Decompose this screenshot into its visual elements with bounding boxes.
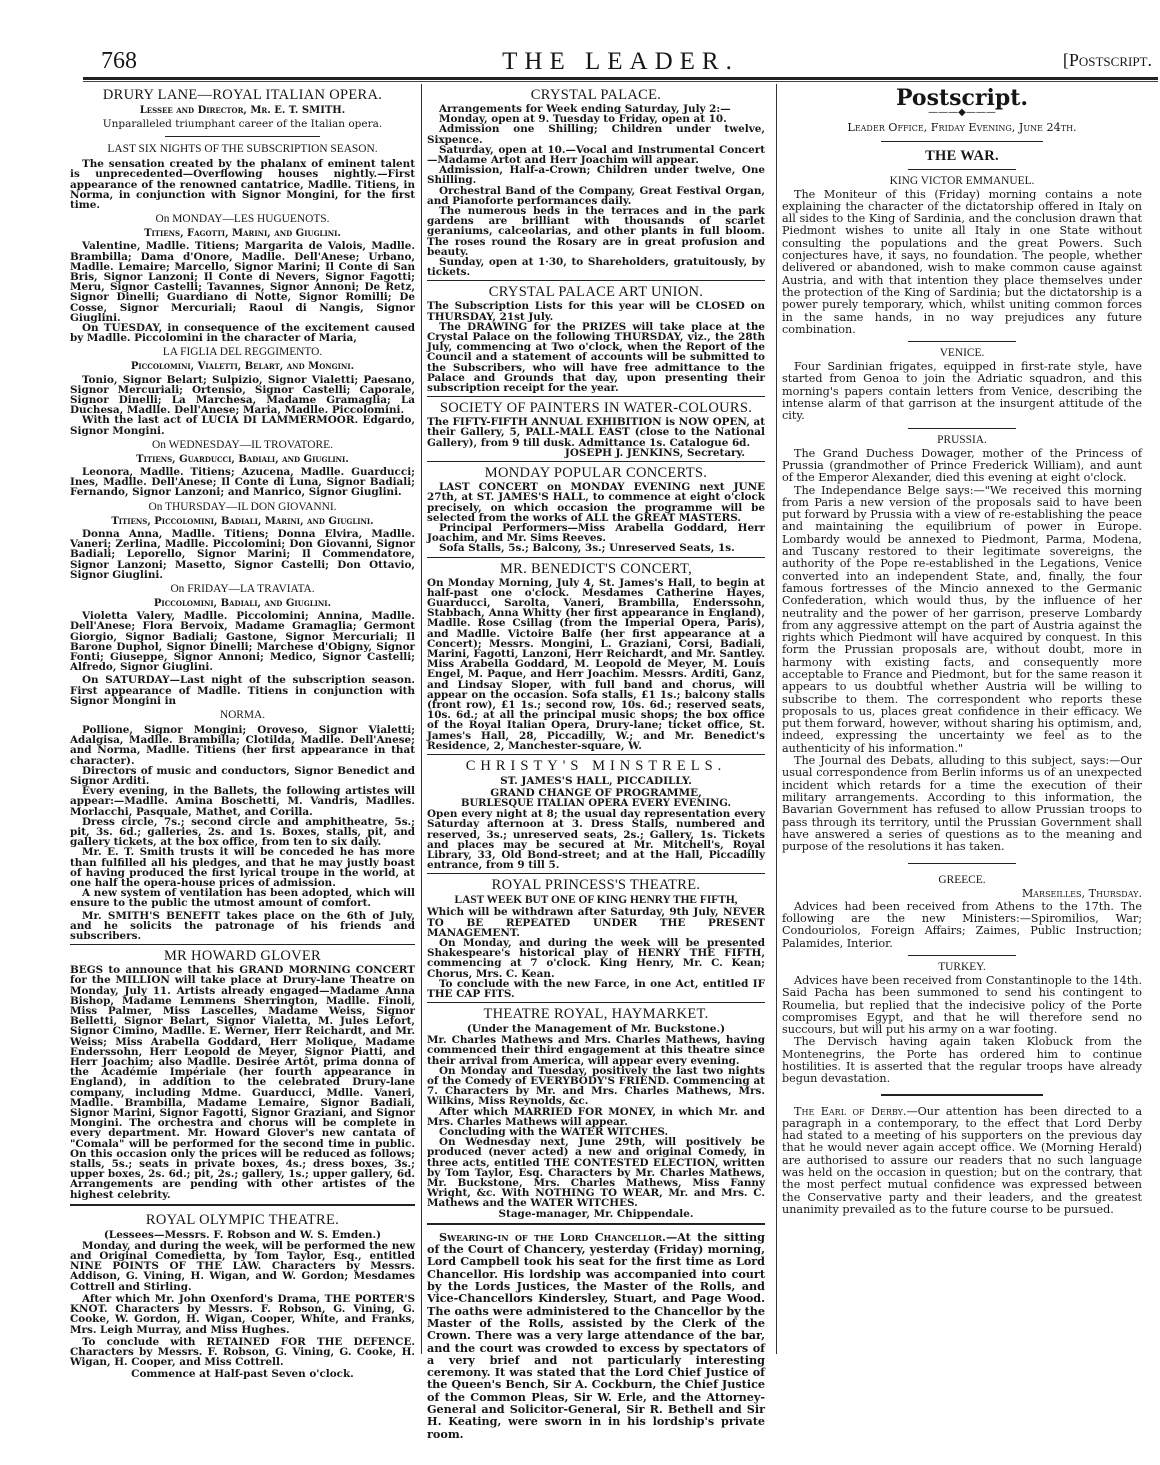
- divider: [427, 1002, 765, 1003]
- saturday-notice: On SATURDAY—Last night of the subscripti…: [70, 675, 415, 706]
- section-title: TURKEY.: [782, 961, 1142, 974]
- section-paragraph: The Grand Duchess Dowager, mother of the…: [782, 448, 1142, 485]
- section-label: [Postscript.: [1063, 50, 1152, 71]
- ad-body: On Monday Morning, July 4, St. James's H…: [427, 578, 765, 751]
- ad-title: MR. BENEDICT'S CONCERT,: [427, 561, 765, 577]
- ad-painters: SOCIETY OF PAINTERS IN WATER-COLOURS. Th…: [427, 400, 765, 458]
- ad-paragraph: Principal Performers—Miss Arabella Godda…: [427, 523, 765, 543]
- ad-paragraph: The numerous beds in the terraces and in…: [427, 206, 765, 257]
- article-swearing-in: Swearing-in of the Lord Chancellor.—At t…: [427, 1231, 765, 1440]
- night-title: On THURSDAY—IL DON GIOVANNI.: [70, 501, 415, 514]
- ad-title: THEATRE ROYAL, HAYMARKET.: [427, 1006, 765, 1022]
- night-title: On WEDNESDAY—IL TROVATORE.: [70, 439, 415, 452]
- night-title: On FRIDAY—LA TRAVIATA.: [70, 583, 415, 596]
- ad-paragraph: Every evening, in the Ballets, the follo…: [70, 786, 415, 817]
- ad-paragraph: Monday, and during the week, will be per…: [70, 1241, 415, 1292]
- ad-venue: ST. JAMES'S HALL, PICCADILLY.: [427, 775, 765, 787]
- divider: [427, 396, 765, 397]
- divider: [908, 428, 1016, 429]
- ad-paragraph: To conclude with the new Farce, in one A…: [427, 979, 765, 999]
- norma-cast: Pollione, Signor Mongini; Oroveso, Signo…: [70, 725, 415, 766]
- ad-body: The FIFTY-FIFTH ANNUAL EXHIBITION is NOW…: [427, 417, 765, 448]
- masthead: 768 THE LEADER. [Postscript.: [83, 48, 1158, 78]
- ad-christys: CHRISTY'S MINSTRELS. ST. JAMES'S HALL, P…: [427, 758, 765, 870]
- cast-list: Donna Anna, Madlle. Titiens; Donna Elvir…: [70, 529, 415, 580]
- ad-title: CRYSTAL PALACE.: [427, 87, 765, 103]
- ad-paragraph: The Subscription Lists for this year wil…: [427, 301, 765, 321]
- ad-body: BEGS to announce that his GRAND MORNING …: [70, 965, 415, 1200]
- ad-paragraph: Dress circle, 7s.; second circle and amp…: [70, 817, 415, 848]
- ad-paragraph: Mr. E. T. Smith trusts it will be conced…: [70, 847, 415, 888]
- section-paragraph: The Dervisch having again taken Klobuck …: [782, 1036, 1142, 1085]
- newspaper-title: THE LEADER.: [83, 48, 1158, 76]
- divider: [908, 863, 1016, 864]
- ad-paragraph: The DRAWING for the PRIZES will take pla…: [427, 322, 765, 393]
- section-paragraph: Advices had been received from Athens to…: [782, 901, 1142, 950]
- section-paragraph: The Journal des Debats, alluding to this…: [782, 755, 1142, 853]
- article-lead: The Earl of Derby.: [794, 1105, 906, 1118]
- ad-paragraph: After which Mr. John Oxenford's Drama, T…: [70, 1294, 415, 1335]
- divider: [908, 341, 1016, 342]
- night-title: On TUESDAY, in consequence of the excite…: [70, 323, 415, 343]
- cast-list: Leonora, Madlle. Titiens; Azucena, Madll…: [70, 467, 415, 498]
- ad-paragraph: After which MARRIED FOR MONEY, in which …: [427, 1107, 765, 1127]
- divider: [427, 461, 765, 462]
- ad-paragraph: On Monday and Tuesday, positively the la…: [427, 1066, 765, 1107]
- ad-intro: The sensation created by the phalanx of …: [70, 159, 415, 210]
- ad-paragraph: Which will be withdrawn after Saturday, …: [427, 907, 765, 938]
- night-title: On MONDAY—LES HUGUENOTS.: [70, 213, 415, 226]
- divider: [70, 1204, 415, 1206]
- divider: [427, 280, 765, 281]
- flourish-divider: ———◆———: [782, 108, 1142, 118]
- ad-title: SOCIETY OF PAINTERS IN WATER-COLOURS.: [427, 400, 765, 416]
- section-title: KING VICTOR EMMANUEL.: [782, 175, 1142, 188]
- ad-howard-glover: MR HOWARD GLOVER BEGS to announce that h…: [70, 948, 415, 1200]
- divider: [427, 1223, 765, 1225]
- ad-benedict: MR. BENEDICT'S CONCERT, On Monday Mornin…: [427, 561, 765, 751]
- column-divider-2: [776, 84, 777, 1354]
- column-divider-1: [421, 84, 422, 1354]
- cast-heading: Titiens, Guarducci, Badiali, and Giuglin…: [70, 455, 415, 465]
- cast-list: Tonio, Signor Belart; Sulpizio, Signor V…: [70, 375, 415, 416]
- cast-extra: With the last act of LUCIA DI LAMMERMOOR…: [70, 415, 415, 435]
- section-paragraph: The Moniteur of this (Friday) morning co…: [782, 189, 1142, 337]
- section-title: PRUSSIA.: [782, 434, 1142, 447]
- ad-paragraph: Mr. Charles Mathews and Mrs. Charles Mat…: [427, 1035, 765, 1066]
- divider: [165, 136, 320, 137]
- divider: [908, 955, 1016, 956]
- ad-paragraph: Sunday, open at 1·30, to Shareholders, g…: [427, 257, 765, 277]
- divider: [70, 944, 415, 945]
- ad-haymarket: THEATRE ROYAL, HAYMARKET. (Under the Man…: [427, 1006, 765, 1219]
- cast-heading: Piccolomini, Badiali, and Giuglini.: [70, 599, 415, 609]
- ad-paragraph: Admission, Half-a-Crown; Children under …: [427, 165, 765, 185]
- ad-title: MR HOWARD GLOVER: [70, 948, 415, 964]
- ad-paragraph: Mr. SMITH'S BENEFIT takes place on the 6…: [70, 911, 415, 942]
- ad-tagline: Unparalleled triumphant career of the It…: [70, 118, 415, 130]
- ad-heading: LAST SIX NIGHTS OF THE SUBSCRIPTION SEAS…: [70, 143, 415, 156]
- ad-drury-lane: DRURY LANE—ROYAL ITALIAN OPERA. Lessee a…: [70, 87, 415, 941]
- article-body: —At the sitting of the Court of Chancery…: [427, 1230, 765, 1441]
- divider: [881, 1094, 1043, 1096]
- dateline: Leader Office, Friday Evening, June 24th…: [782, 122, 1142, 134]
- section-title: GREECE.: [782, 874, 1142, 887]
- section-paragraph: The Independance Belge says:—"We receive…: [782, 485, 1142, 756]
- ad-royal-olympic: ROYAL OLYMPIC THEATRE. (Lessees—Messrs. …: [70, 1212, 415, 1380]
- column-left: DRURY LANE—ROYAL ITALIAN OPERA. Lessee a…: [70, 86, 415, 1380]
- section-paragraph: Advices have been received from Constant…: [782, 975, 1142, 1036]
- divider: [427, 754, 765, 755]
- ad-footer: Commence at Half-past Seven o'clock.: [70, 1369, 415, 1379]
- ad-crystal-palace: CRYSTAL PALACE. Arrangements for Week en…: [427, 87, 765, 277]
- ad-princess: ROYAL PRINCESS'S THEATRE. LAST WEEK BUT …: [427, 877, 765, 999]
- cast-heading: Piccolomini, Vialetti, Belart, and Mongi…: [70, 362, 415, 372]
- ad-paragraph: Admission one Shilling; Children under t…: [427, 124, 765, 144]
- ad-paragraph: On Monday, and during the week will be p…: [427, 938, 765, 979]
- night-subtitle: LA FIGLIA DEL REGGIMENTO.: [70, 346, 415, 359]
- ad-paragraph: On Wednesday next, June 29th, will posit…: [427, 1137, 765, 1208]
- ad-lessee: Lessee and Director, Mr. E. T. SMITH.: [70, 106, 415, 116]
- cast-heading: Titiens, Fagotti, Marini, and Giuglini.: [70, 229, 415, 239]
- ad-paragraph: To conclude with RETAINED FOR THE DEFENC…: [70, 1337, 415, 1368]
- ad-title: CRYSTAL PALACE ART UNION.: [427, 284, 765, 300]
- ad-paragraph: LAST CONCERT on MONDAY EVENING next JUNE…: [427, 482, 765, 523]
- ad-title: ROYAL OLYMPIC THEATRE.: [70, 1212, 415, 1228]
- cast-list: Violetta Valery, Madlle. Piccolomini; An…: [70, 611, 415, 672]
- ad-title: MONDAY POPULAR CONCERTS.: [427, 465, 765, 481]
- ad-signature: JOSEPH J. JENKINS, Secretary.: [427, 448, 765, 458]
- divider: [908, 169, 1016, 170]
- ad-paragraph: A new system of ventilation has been ado…: [70, 888, 415, 908]
- article-body: —Our attention has been directed to a pa…: [782, 1105, 1142, 1216]
- war-title: THE WAR.: [782, 148, 1142, 164]
- ad-art-union: CRYSTAL PALACE ART UNION. The Subscripti…: [427, 284, 765, 393]
- ad-body: Open every night at 8; the usual day rep…: [427, 809, 765, 870]
- column-right: Postscript. ———◆——— Leader Office, Frida…: [782, 86, 1142, 1216]
- ad-title: ROYAL PRINCESS'S THEATRE.: [427, 877, 765, 893]
- norma-title: NORMA.: [70, 709, 415, 722]
- ad-paragraph: Sofa Stalls, 5s.; Balcony, 3s.; Unreserv…: [427, 543, 765, 553]
- section-dateline: Marseilles, Thursday.: [782, 888, 1142, 900]
- ad-paragraph: Saturday, open at 10.—Vocal and Instrume…: [427, 145, 765, 165]
- section-title: VENICE.: [782, 347, 1142, 360]
- ad-stage-manager: Stage-manager, Mr. Chippendale.: [427, 1209, 765, 1219]
- ad-monday-popular: MONDAY POPULAR CONCERTS. LAST CONCERT on…: [427, 465, 765, 553]
- divider: [427, 873, 765, 874]
- ad-paragraph: Orchestral Band of the Company, Great Fe…: [427, 186, 765, 206]
- cast-heading: Titiens, Piccolomini, Badiali, Marini, a…: [70, 517, 415, 527]
- article-earl-of-derby: The Earl of Derby.—Our attention has bee…: [782, 1106, 1142, 1217]
- column-middle: CRYSTAL PALACE. Arrangements for Week en…: [427, 86, 765, 1440]
- masthead-rule: [83, 77, 1158, 82]
- ad-paragraph: Directors of music and conductors, Signo…: [70, 766, 415, 786]
- postscript-heading: Postscript.: [782, 92, 1142, 104]
- divider: [881, 141, 1043, 142]
- ad-title: DRURY LANE—ROYAL ITALIAN OPERA.: [70, 87, 415, 103]
- cast-list: Valentine, Madlle. Titiens; Margarita de…: [70, 241, 415, 323]
- ad-title: CHRISTY'S MINSTRELS.: [427, 758, 765, 774]
- divider: [427, 557, 765, 558]
- section-paragraph: Four Sardinian frigates, equipped in fir…: [782, 361, 1142, 422]
